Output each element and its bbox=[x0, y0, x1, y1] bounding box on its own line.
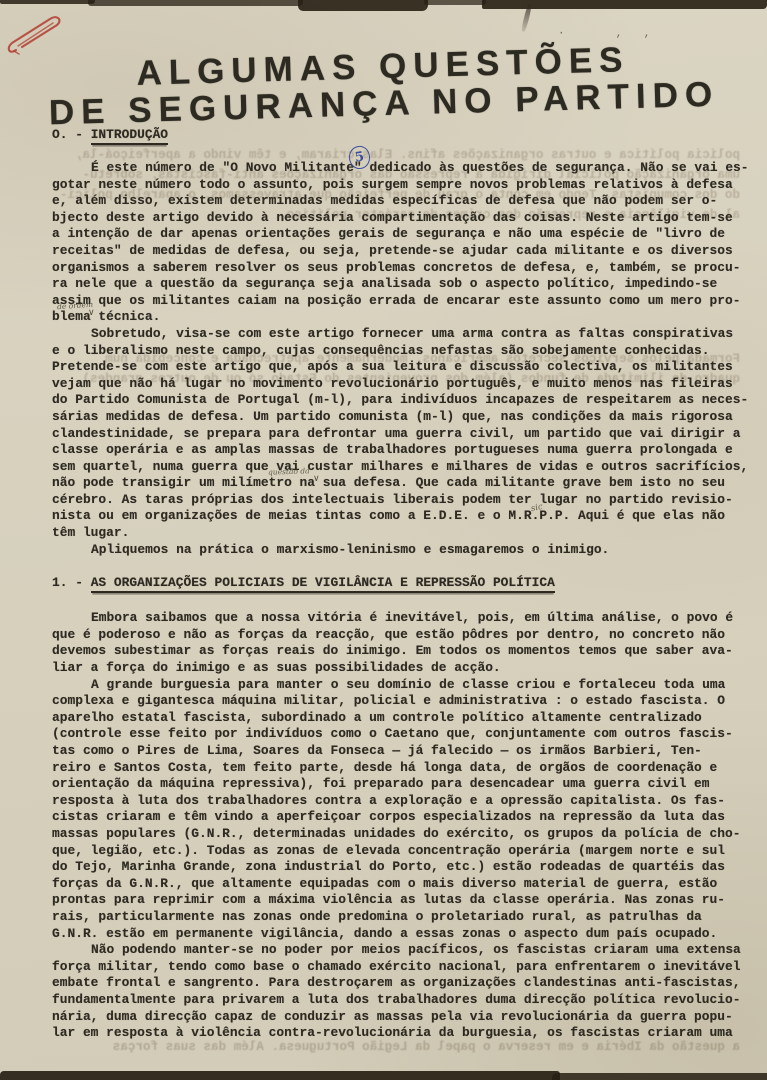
text-line: a intenção de dar apenas orientações ger… bbox=[52, 226, 742, 243]
text-line: cistas criaram e têm vindo a aperfeiçoar… bbox=[52, 809, 742, 826]
section-heading: O. - INTRODUÇÃO bbox=[52, 126, 742, 146]
section-organizacoes-policiais: 1. - AS ORGANIZAÇÕES POLICIAIS DE VIGILÂ… bbox=[52, 574, 742, 1041]
text-line: bjecto deste artigo devido à necessária … bbox=[52, 210, 742, 227]
paragraph: Não podendo manter-se no poder por meios… bbox=[52, 942, 742, 1042]
text-line: resposta à luta dos trabalhadores contra… bbox=[52, 793, 742, 810]
scan-edge-top bbox=[88, 0, 303, 6]
red-pen-doodle bbox=[6, 10, 68, 58]
text-line: força militar, tendo como base o chamado… bbox=[52, 959, 742, 976]
text-line: do Partido Comunista de Portugal (m-l), … bbox=[52, 392, 742, 409]
scan-edge-top bbox=[424, 0, 486, 5]
paragraph: A grande burguesia para manter o seu dom… bbox=[52, 677, 742, 943]
text-line: Não podendo manter-se no poder por meios… bbox=[52, 942, 742, 959]
text-line: não pode transigir um milímetro na sua d… bbox=[52, 475, 742, 492]
section-heading: 1. - AS ORGANIZAÇÕES POLICIAIS DE VIGILÂ… bbox=[52, 574, 742, 594]
section-introducao: O. - INTRODUÇÃO É este número de "O Novo… bbox=[52, 126, 742, 558]
text-line: lar em resposta à violência contra-revol… bbox=[52, 1025, 742, 1042]
text-line: nista ou em organizações de meias tintas… bbox=[52, 508, 742, 525]
paragraph: Apliquemos na prática o marxismo-leninis… bbox=[52, 542, 742, 559]
text-line: nária, duma direcção capaz de conduzir a… bbox=[52, 1009, 742, 1026]
section-title: AS ORGANIZAÇÕES POLICIAIS DE VIGILÂNCIA … bbox=[91, 575, 555, 593]
text-line: aparelho estatal fascista, subordinado a… bbox=[52, 710, 742, 727]
text-line: vejam que não há lugar no movimento revo… bbox=[52, 376, 742, 393]
text-line: rais, particularmente nas zonas onde pre… bbox=[52, 909, 742, 926]
text-line: ra nele que a questão da segurança seja … bbox=[52, 276, 742, 293]
text-line: Pretende-se com este artigo que, após a … bbox=[52, 359, 742, 376]
text-line: sem quartel, numa guerra que vai custar … bbox=[52, 459, 742, 476]
scan-edge-bottom bbox=[0, 1071, 560, 1080]
text-line: reiro e Santos Costa, tem feito parte, d… bbox=[52, 760, 742, 777]
text-line: gotar neste número todo o assunto, pois … bbox=[52, 177, 742, 194]
text-line: classe operária e as amplas massas de tr… bbox=[52, 442, 742, 459]
paragraph: É este número de "O Novo Militante" dedi… bbox=[52, 160, 742, 326]
text-line: e, além disso, existem determinadas medi… bbox=[52, 193, 742, 210]
text-line: fundamentalmente para privarem a luta do… bbox=[52, 992, 742, 1009]
text-line: forças da G.N.R., que altamente equipada… bbox=[52, 876, 742, 893]
text-line: complexa e gigantesca máquina militar, p… bbox=[52, 693, 742, 710]
text-line: prontas para reprimir com a máxima violê… bbox=[52, 892, 742, 909]
scanned-page: · ‚, polícia política e outras organizaç… bbox=[0, 0, 767, 1080]
text-line: assim que os militantes caiam na posição… bbox=[52, 293, 742, 310]
text-line: G.N.R. estão em permanente vigilância, d… bbox=[52, 926, 742, 943]
handwritten-insertion-questao: questão da bbox=[268, 466, 310, 476]
text-line: clandestinidade, se prepara para defront… bbox=[52, 426, 742, 443]
text-line: A grande burguesia para manter o seu dom… bbox=[52, 677, 742, 694]
paragraph: Sobretudo, visa-se com este artigo forne… bbox=[52, 326, 742, 542]
text-line: orientação da máquina repressiva), foi p… bbox=[52, 776, 742, 793]
text-line: que é poderoso e não as forças da reacçã… bbox=[52, 627, 742, 644]
text-line: (controle esse feito por indivíduos como… bbox=[52, 726, 742, 743]
text-line: que, legião, etc.). Todas as zonas de el… bbox=[52, 843, 742, 860]
text-line: cérebro. As taras próprias dos intelectu… bbox=[52, 492, 742, 509]
paragraph: Embora saibamos que a nossa vitória é in… bbox=[52, 610, 742, 676]
section-number: 1. - bbox=[52, 575, 91, 590]
text-line: do Tejo, Marinha Grande, zona industrial… bbox=[52, 859, 742, 876]
text-line: Embora saibamos que a nossa vitória é in… bbox=[52, 610, 742, 627]
section-paragraphs: É este número de "O Novo Militante" dedi… bbox=[52, 160, 742, 558]
bleedthrough-line: a questão da Ibéria e em reserva o papel… bbox=[28, 1040, 740, 1054]
text-line: sárias medidas de defesa. Um partido com… bbox=[52, 409, 742, 426]
section-title: INTRODUÇÃO bbox=[91, 127, 168, 145]
scan-edge-bottom bbox=[552, 1073, 767, 1080]
insertion-caret: ∨ bbox=[313, 474, 320, 484]
text-line: blema técnica. bbox=[52, 309, 742, 326]
stray-marks: · ‚, bbox=[558, 28, 672, 40]
text-line: têm lugar. bbox=[52, 525, 742, 542]
document-body: O. - INTRODUÇÃO É este número de "O Novo… bbox=[52, 126, 742, 1042]
text-line: devemos subestimar as forças reais do in… bbox=[52, 643, 742, 660]
section-number: O. - bbox=[52, 127, 91, 142]
scan-edge-top bbox=[298, 0, 428, 11]
text-line: Apliquemos na prática o marxismo-leninis… bbox=[52, 542, 742, 559]
scan-edge-top bbox=[0, 0, 95, 4]
text-line: organismos a saberem resolver os seus pr… bbox=[52, 260, 742, 277]
text-line: Sobretudo, visa-se com este artigo forne… bbox=[52, 326, 742, 343]
text-line: É este número de "O Novo Militante" dedi… bbox=[52, 160, 742, 177]
text-line: massas populares (G.N.R., determinadas u… bbox=[52, 826, 742, 843]
scan-edge-top bbox=[482, 0, 767, 9]
text-line: liar a força do inimigo e as suas possib… bbox=[52, 660, 742, 677]
text-line: tas como o Pires de Lima, Soares da Fons… bbox=[52, 743, 742, 760]
document-title: ALGUMAS QUESTÕES DE SEGURANÇA NO PARTIDO bbox=[0, 37, 767, 132]
section-paragraphs: Embora saibamos que a nossa vitória é in… bbox=[52, 610, 742, 1041]
text-line: e o liberalismo neste campo, cujas conse… bbox=[52, 343, 742, 360]
text-line: embate frontal e sangrento. Para destroç… bbox=[52, 975, 742, 992]
text-line: receitas" de medidas de defesa, ou seja,… bbox=[52, 243, 742, 260]
insertion-caret: ∨ bbox=[88, 308, 95, 318]
